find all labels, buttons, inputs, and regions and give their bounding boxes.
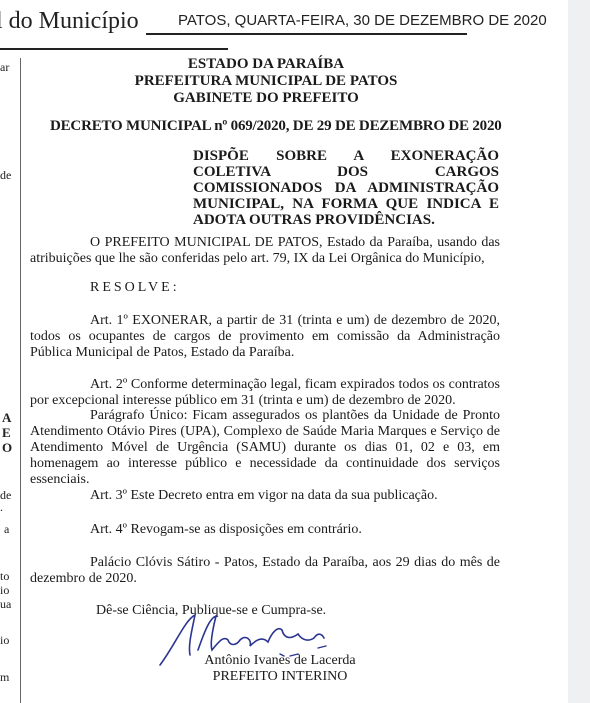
left-column-fragment: O xyxy=(2,440,12,456)
left-column-fragment: to xyxy=(0,569,9,584)
article-4: Art. 4º Revogam-se as disposições em con… xyxy=(30,522,500,538)
left-column-fragment: a xyxy=(4,522,9,537)
left-column-fragment: . xyxy=(0,500,3,515)
left-column-fragment: io xyxy=(0,583,9,598)
left-column-fragment: E xyxy=(2,425,11,441)
masthead-title: l do Município xyxy=(0,8,139,35)
left-column-fragment: ua xyxy=(0,597,11,612)
left-column-fragment: m xyxy=(0,670,9,685)
article-3: Art. 3º Este Decreto entra em vigor na d… xyxy=(30,488,500,504)
closing-place-date: Palácio Clóvis Sátiro - Patos, Estado da… xyxy=(30,555,500,587)
date-rule xyxy=(146,33,467,35)
decree-title: DECRETO MUNICIPAL nº 069/2020, DE 29 DE … xyxy=(50,118,502,135)
masthead-rule xyxy=(0,48,228,50)
state-name: ESTADO DA PARAÍBA xyxy=(26,56,506,73)
left-column-fragment: io xyxy=(0,633,9,648)
column-divider xyxy=(20,58,21,703)
article-1: Art. 1º EXONERAR, a partir de 31 (trinta… xyxy=(30,313,500,361)
newspaper-page: l do Município PATOS, QUARTA-FEIRA, 30 D… xyxy=(0,0,568,703)
signatory: Antônio Ivanes de Lacerda PREFEITO INTER… xyxy=(160,653,400,685)
left-column-fragment: ar xyxy=(0,60,9,75)
decree-summary: DISPÕE SOBRE A EXONERAÇÃO COLETIVA DOS C… xyxy=(193,148,499,228)
preamble: O PREFEITO MUNICIPAL DE PATOS, Estado da… xyxy=(30,235,500,267)
signer-title: PREFEITO INTERINO xyxy=(160,669,400,685)
left-column-fragment: A xyxy=(2,410,11,426)
government-header: ESTADO DA PARAÍBA PREFEITURA MUNICIPAL D… xyxy=(26,56,506,107)
sole-paragraph: Parágrafo Único: Ficam assegurados os pl… xyxy=(30,408,500,488)
signer-name: Antônio Ivanes de Lacerda xyxy=(160,653,400,669)
left-column-fragment: de xyxy=(0,168,11,183)
viewer-side-margin xyxy=(568,0,590,703)
office-name: GABINETE DO PREFEITO xyxy=(26,90,506,107)
article-2: Art. 2º Conforme determinação legal, fic… xyxy=(30,377,500,409)
prefecture-name: PREFEITURA MUNICIPAL DE PATOS xyxy=(26,73,506,90)
resolve-heading: RESOLVE: xyxy=(90,280,180,296)
publication-date: PATOS, QUARTA-FEIRA, 30 DE DEZEMBRO DE 2… xyxy=(178,12,547,29)
